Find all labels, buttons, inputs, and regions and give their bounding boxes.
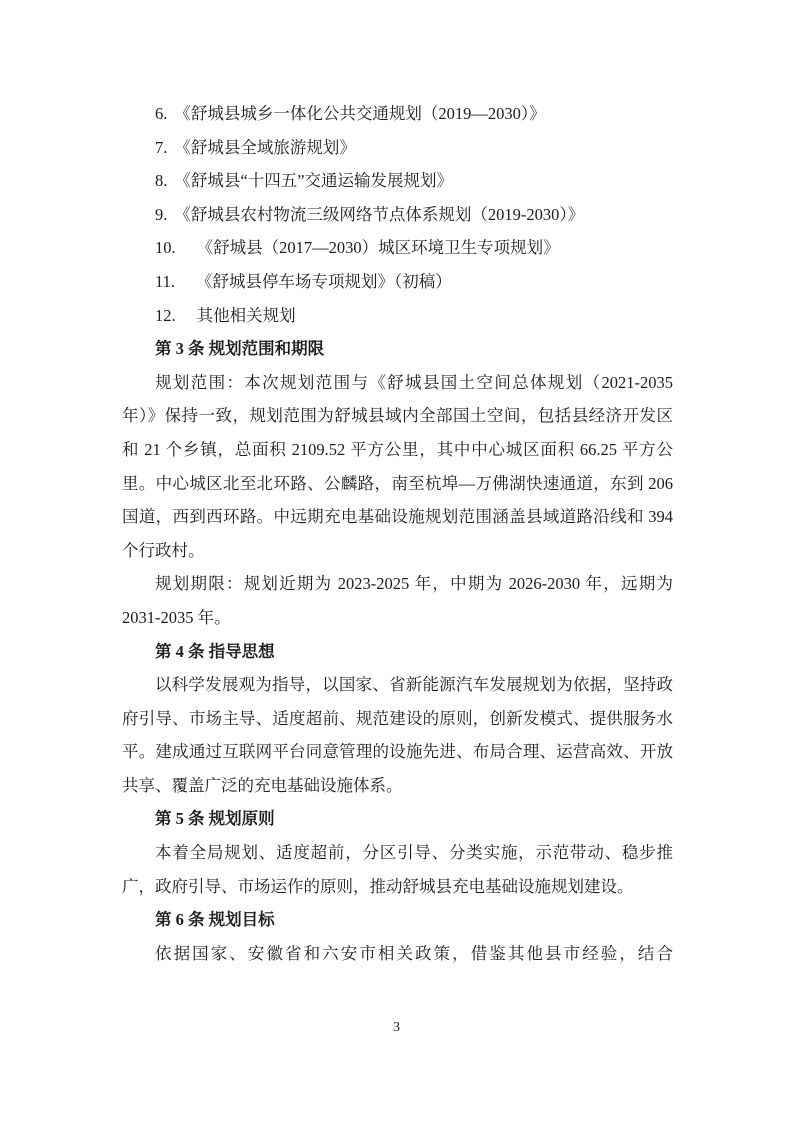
list-item: 9.《舒城县农村物流三级网络节点体系规划（2019-2030）》 — [122, 198, 673, 232]
list-item-text: 《舒城县城乡一体化公共交通规划（2019—2030）》 — [174, 97, 545, 131]
reference-list: 6.《舒城县城乡一体化公共交通规划（2019—2030）》7.《舒城县全域旅游规… — [122, 97, 673, 332]
list-item-number: 10. — [155, 231, 176, 265]
list-item: 12.其他相关规划 — [122, 299, 673, 333]
paragraph: 规划范围：本次规划范围与《舒城县国土空间总体规划（2021-2035 年）》保持… — [122, 366, 673, 568]
list-item-number: 11. — [155, 265, 175, 299]
list-item-text: 《舒城县“十四五”交通运输发展规划》 — [174, 164, 453, 198]
list-item-number: 7. — [155, 131, 167, 165]
list-item-text: 《舒城县全域旅游规划》 — [174, 131, 356, 165]
section-heading: 第 5 条 规划原则 — [122, 802, 673, 836]
section-heading: 第 4 条 指导思想 — [122, 635, 673, 669]
paragraph: 以科学发展观为指导，以国家、省新能源汽车发展规划为依据，坚持政府引导、市场主导、… — [122, 668, 673, 802]
paragraph: 依据国家、安徽省和六安市相关政策，借鉴其他县市经验，结合 — [122, 937, 673, 971]
list-item-number: 9. — [155, 198, 167, 232]
list-item: 11.《舒城县停车场专项规划》（初稿） — [122, 265, 673, 299]
list-item-number: 12. — [155, 299, 176, 333]
list-item-text: 《舒城县（2017—2030）城区环境卫生专项规划》 — [197, 231, 560, 265]
document-body: 6.《舒城县城乡一体化公共交通规划（2019—2030）》7.《舒城县全域旅游规… — [122, 97, 673, 970]
list-item-text: 《舒城县停车场专项规划》（初稿） — [196, 265, 452, 299]
list-item: 10.《舒城县（2017—2030）城区环境卫生专项规划》 — [122, 231, 673, 265]
list-item: 8.《舒城县“十四五”交通运输发展规划》 — [122, 164, 673, 198]
list-item: 7.《舒城县全域旅游规划》 — [122, 131, 673, 165]
section-heading: 第 3 条 规划范围和期限 — [122, 332, 673, 366]
document-page: 6.《舒城县城乡一体化公共交通规划（2019—2030）》7.《舒城县全域旅游规… — [0, 0, 793, 1122]
page-number: 3 — [0, 1018, 793, 1038]
paragraph: 本着全局规划、适度超前，分区引导、分类实施，示范带动、稳步推广，政府引导、市场运… — [122, 836, 673, 903]
list-item-text: 其他相关规划 — [197, 299, 296, 333]
list-item-number: 6. — [155, 97, 167, 131]
paragraph: 规划期限：规划近期为 2023-2025 年，中期为 2026-2030 年，远… — [122, 567, 673, 634]
list-item: 6.《舒城县城乡一体化公共交通规划（2019—2030）》 — [122, 97, 673, 131]
section-heading: 第 6 条 规划目标 — [122, 903, 673, 937]
list-item-text: 《舒城县农村物流三级网络节点体系规划（2019-2030）》 — [174, 198, 584, 232]
list-item-number: 8. — [155, 164, 167, 198]
sections-container: 第 3 条 规划范围和期限规划范围：本次规划范围与《舒城县国土空间总体规划（20… — [122, 332, 673, 970]
